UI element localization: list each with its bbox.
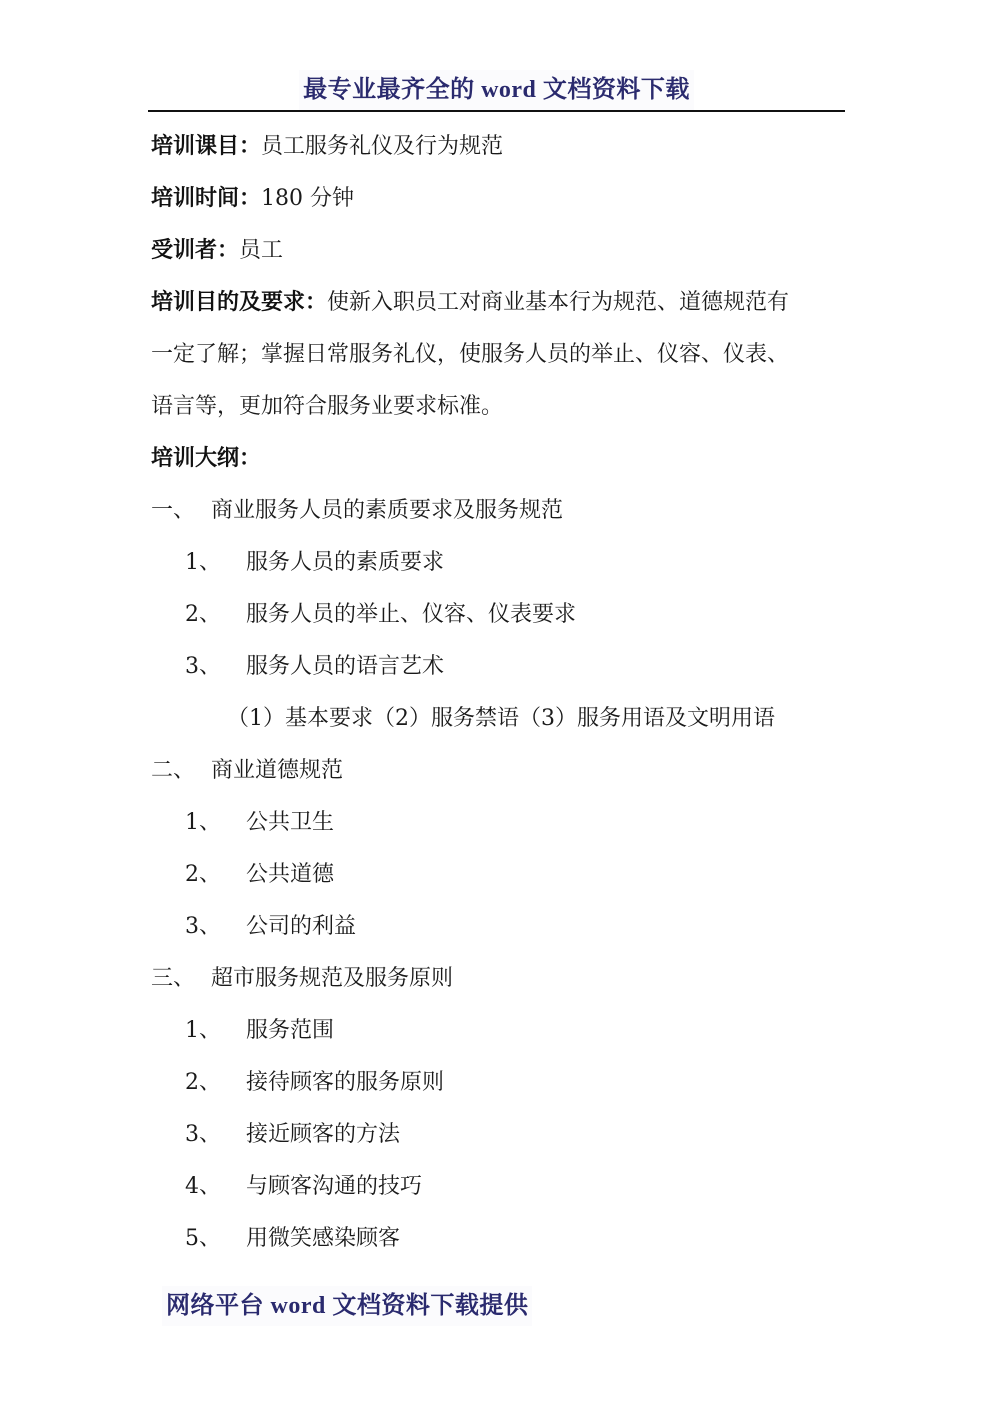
item-number: 1、: [185, 800, 246, 846]
section-title: 商业道德规范: [211, 758, 343, 783]
item-text: 与顾客沟通的技巧: [246, 1174, 422, 1199]
field-value: 员工: [239, 238, 283, 263]
item-text: 公共卫生: [246, 810, 334, 835]
item-number: 3、: [185, 904, 246, 950]
item-number: 3、: [185, 1112, 246, 1158]
field-course: 培训课目：员工服务礼仪及行为规范: [151, 124, 841, 176]
item-number: 5、: [185, 1216, 246, 1262]
item-text: 公共道德: [246, 862, 334, 887]
field-label: 培训目的及要求：: [151, 290, 327, 315]
item-number: 1、: [185, 540, 246, 586]
field-label: 受训者：: [151, 238, 239, 263]
item-text: 服务范围: [246, 1018, 334, 1043]
field-objective: 培训目的及要求：使新入职员工对商业基本行为规范、道德规范有: [151, 280, 841, 332]
field-value: 使新入职员工对商业基本行为规范、道德规范有: [327, 290, 789, 315]
outline-section: 二、商业道德规范: [151, 748, 841, 800]
item-text: 接近顾客的方法: [246, 1122, 400, 1147]
item-number: 2、: [185, 1060, 246, 1106]
item-text: 接待顾客的服务原则: [246, 1070, 444, 1095]
outline-item: 2、接待顾客的服务原则: [151, 1060, 841, 1112]
document-body: 培训课目：员工服务礼仪及行为规范 培训时间：180 分钟 受训者：员工 培训目的…: [151, 124, 841, 1268]
item-text: 服务人员的语言艺术: [246, 654, 444, 679]
footer-banner-text: 网络平台 word 文档资料下载提供: [162, 1286, 532, 1326]
outline-section: 三、超市服务规范及服务原则: [151, 956, 841, 1008]
page-footer-banner: 网络平台 word 文档资料下载提供: [162, 1286, 532, 1326]
section-title: 商业服务人员的素质要求及服务规范: [211, 498, 563, 523]
field-label: 培训课目：: [151, 134, 261, 159]
outline-item: 1、服务范围: [151, 1008, 841, 1060]
section-number: 一、: [151, 488, 211, 534]
outline-item: 5、用微笑感染顾客: [151, 1216, 841, 1268]
outline-item: 1、公共卫生: [151, 800, 841, 852]
outline-item: 3、服务人员的语言艺术: [151, 644, 841, 696]
field-label: 培训大纲：: [151, 446, 261, 471]
section-title: 超市服务规范及服务原则: [211, 966, 453, 991]
outline-subnote: （1）基本要求（2）服务禁语（3）服务用语及文明用语: [151, 696, 841, 748]
outline-item: 3、公司的利益: [151, 904, 841, 956]
item-number: 2、: [185, 592, 246, 638]
outline-section: 一、商业服务人员的素质要求及服务规范: [151, 488, 841, 540]
outline-item: 4、与顾客沟通的技巧: [151, 1164, 841, 1216]
item-text: 服务人员的素质要求: [246, 550, 444, 575]
item-number: 1、: [185, 1008, 246, 1054]
field-value: 180 分钟: [261, 186, 354, 211]
outline-item: 1、服务人员的素质要求: [151, 540, 841, 592]
item-number: 2、: [185, 852, 246, 898]
paragraph-text: 语言等，更加符合服务业要求标准。: [151, 394, 503, 419]
field-trainees: 受训者：员工: [151, 228, 841, 280]
section-number: 三、: [151, 956, 211, 1002]
item-number: 4、: [185, 1164, 246, 1210]
outline-item: 2、公共道德: [151, 852, 841, 904]
header-divider: [148, 110, 845, 112]
outline-item: 2、服务人员的举止、仪容、仪表要求: [151, 592, 841, 644]
item-number: 3、: [185, 644, 246, 690]
page-header-banner: 最专业最齐全的 word 文档资料下载: [148, 70, 845, 110]
field-label: 培训时间：: [151, 186, 261, 211]
item-text: 服务人员的举止、仪容、仪表要求: [246, 602, 576, 627]
outline-item: 3、接近顾客的方法: [151, 1112, 841, 1164]
item-text: 公司的利益: [246, 914, 356, 939]
section-number: 二、: [151, 748, 211, 794]
paragraph-text: 一定了解；掌握日常服务礼仪，使服务人员的举止、仪容、仪表、: [151, 342, 789, 367]
outline-heading: 培训大纲：: [151, 436, 841, 488]
field-value: 员工服务礼仪及行为规范: [261, 134, 503, 159]
item-text: 用微笑感染顾客: [246, 1226, 400, 1251]
field-duration: 培训时间：180 分钟: [151, 176, 841, 228]
objective-continuation: 语言等，更加符合服务业要求标准。: [151, 384, 841, 436]
objective-continuation: 一定了解；掌握日常服务礼仪，使服务人员的举止、仪容、仪表、: [151, 332, 841, 384]
header-banner-text: 最专业最齐全的 word 文档资料下载: [299, 70, 694, 110]
subnote-text: （1）基本要求（2）服务禁语（3）服务用语及文明用语: [227, 706, 775, 731]
